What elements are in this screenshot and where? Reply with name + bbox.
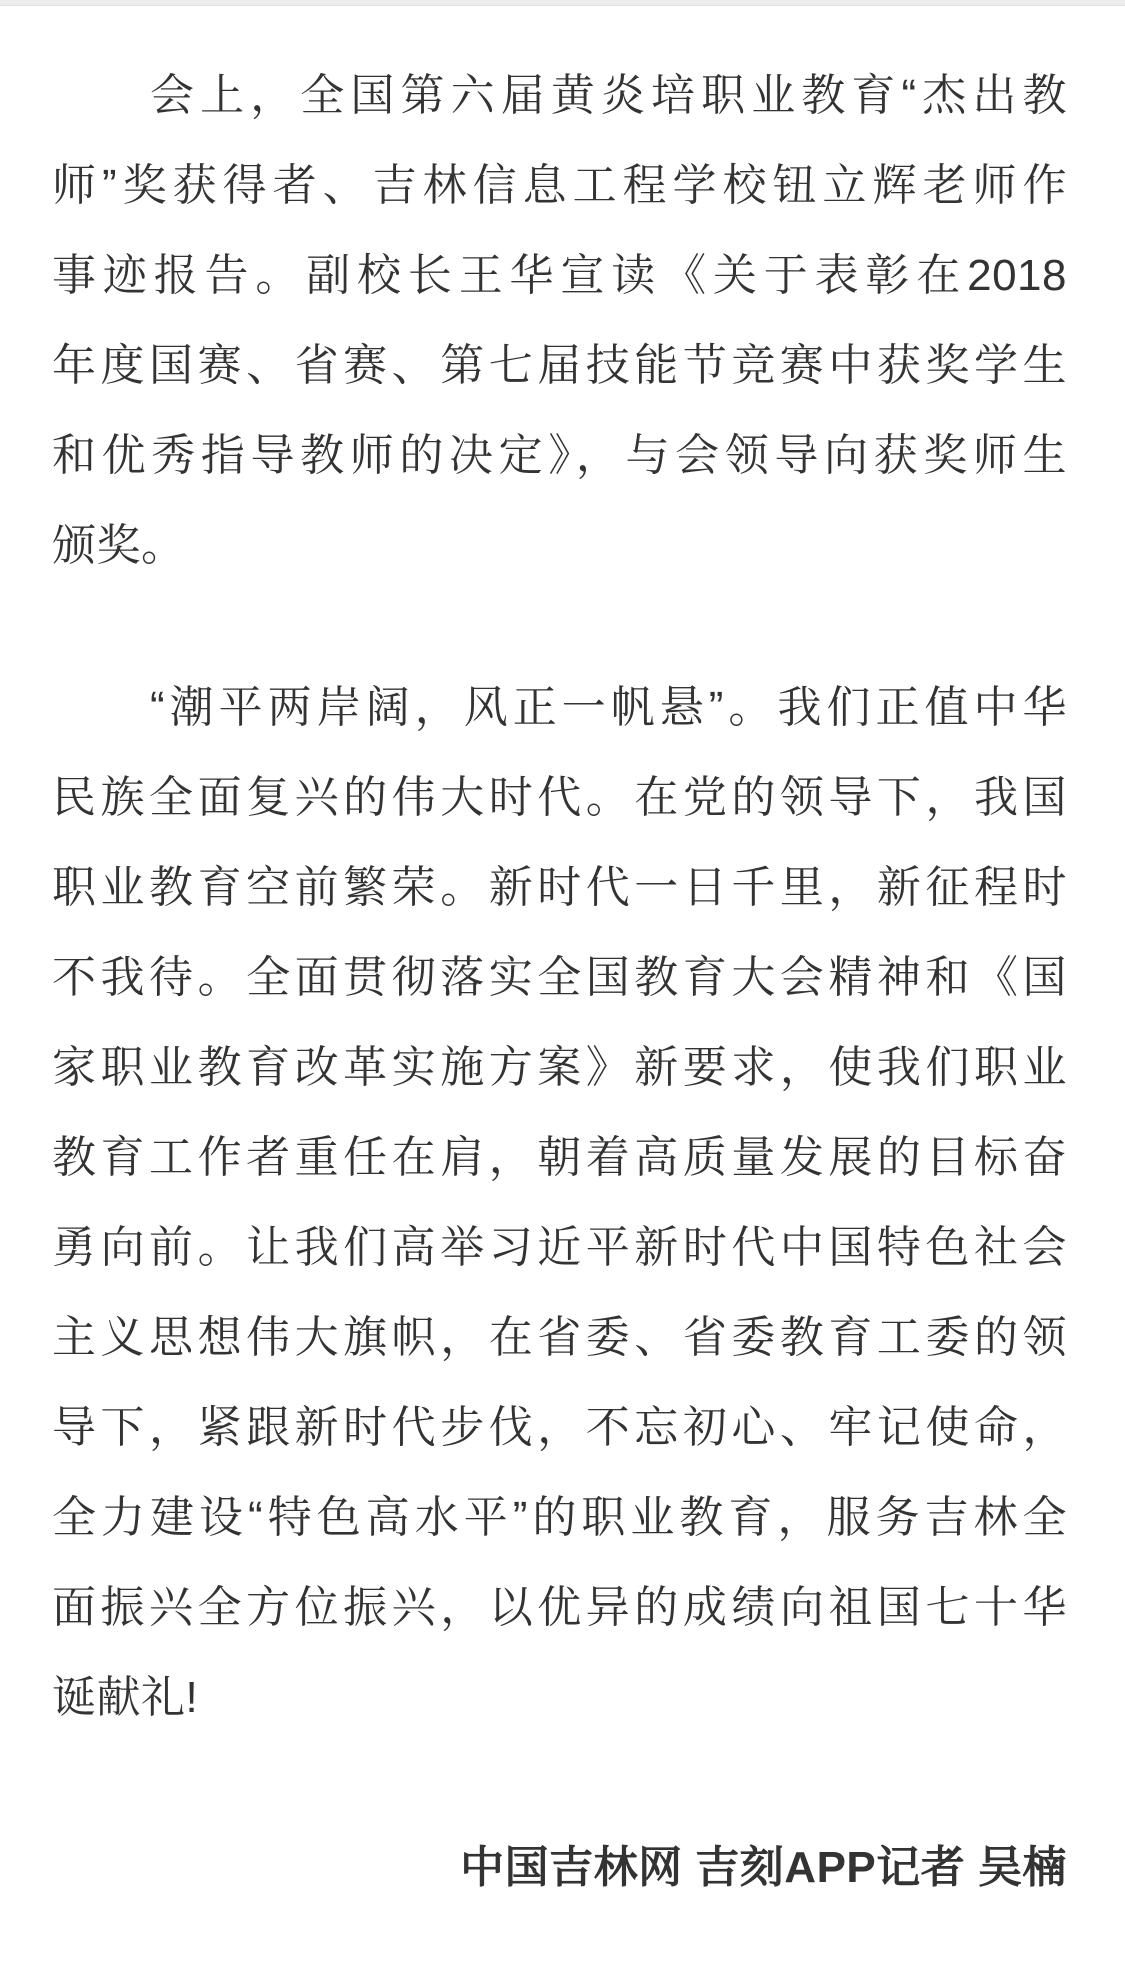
text-line: 和优秀指导教师的决定》，与会领导向获奖师生 [52,411,1067,501]
paragraph-2: “潮平两岸阔，风正一帆悬”。我们正值中华 民族全面复兴的伟大时代。在党的领导下，… [52,663,1067,1743]
text-line: 会上，全国第六届黄炎培职业教育“杰出教 [52,51,1067,141]
text-line: 职业教育空前繁荣。新时代一日千里，新征程时 [52,843,1067,933]
text-line: 导下，紧跟新时代步伐，不忘初心、牢记使命， [52,1383,1067,1473]
text-line: 全力建设“特色高水平”的职业教育，服务吉林全 [52,1473,1067,1563]
text-line: 民族全面复兴的伟大时代。在党的领导下，我国 [52,753,1067,843]
text-line: 主义思想伟大旗帜，在省委、省委教育工委的领 [52,1293,1067,1383]
text-line: 师”奖获得者、吉林信息工程学校钮立辉老师作 [52,141,1067,231]
text-line: “潮平两岸阔，风正一帆悬”。我们正值中华 [52,663,1067,753]
text-line: 年度国赛、省赛、第七届技能节竞赛中获奖学生 [52,321,1067,411]
text-line: 勇向前。让我们高举习近平新时代中国特色社会 [52,1203,1067,1293]
text-line: 家职业教育改革实施方案》新要求，使我们职业 [52,1023,1067,1113]
text-line: 面振兴全方位振兴，以优异的成绩向祖国七十华 [52,1563,1067,1653]
text-line: 教育工作者重任在肩，朝着高质量发展的目标奋 [52,1113,1067,1203]
article-page: 会上，全国第六届黄炎培职业教育“杰出教 师”奖获得者、吉林信息工程学校钮立辉老师… [0,0,1125,1953]
paragraph-1: 会上，全国第六届黄炎培职业教育“杰出教 师”奖获得者、吉林信息工程学校钮立辉老师… [52,51,1067,591]
text-line: 不我待。全面贯彻落实全国教育大会精神和《国 [52,933,1067,1023]
byline: 中国吉林网 吉刻APP记者 吴楠 [52,1823,1067,1913]
text-line: 诞献礼! [52,1653,1067,1743]
text-line: 颁奖。 [52,501,1067,591]
article-body: 会上，全国第六届黄炎培职业教育“杰出教 师”奖获得者、吉林信息工程学校钮立辉老师… [0,6,1125,1953]
text-line: 事迹报告。副校长王华宣读《关于表彰在2018 [52,231,1067,321]
